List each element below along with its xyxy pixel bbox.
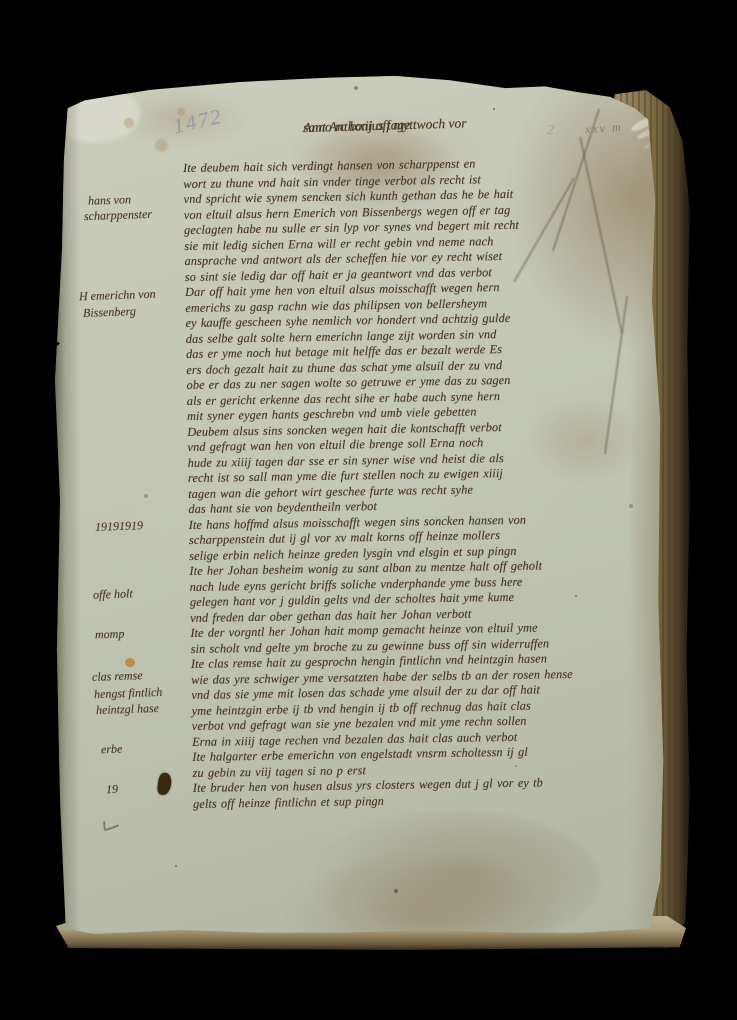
wax-drop [125, 658, 135, 667]
margin-note: hans von [88, 193, 131, 207]
margin-note: erbe [101, 743, 123, 757]
binding-gutter-shadow [55, 75, 81, 950]
margin-note: heintzgl hase [96, 702, 159, 717]
margin-note: 19 [106, 783, 118, 796]
marginalia-layer: hans von scharppenster H emerichn von Bi… [55, 75, 688, 950]
margin-note: H emerichn von [79, 288, 156, 304]
torn-edge-notch [40, 478, 58, 542]
margin-note: offe holt [93, 587, 133, 601]
margin-note: hengst fintlich [94, 686, 163, 701]
ink-specks [55, 75, 57, 77]
margin-note: clas remse [92, 669, 143, 684]
manuscript-photograph: 1472 Anno rc lxxij off myttwoch vor sant… [0, 0, 737, 1020]
margin-note: Bissenberg [83, 305, 136, 320]
margin-note: momp [95, 627, 125, 641]
margin-note: scharppenster [84, 208, 152, 223]
manuscript-leaf: 1472 Anno rc lxxij off myttwoch vor sant… [55, 75, 688, 950]
torn-edge-notch [44, 560, 58, 596]
margin-note: 19191919 [95, 519, 143, 534]
